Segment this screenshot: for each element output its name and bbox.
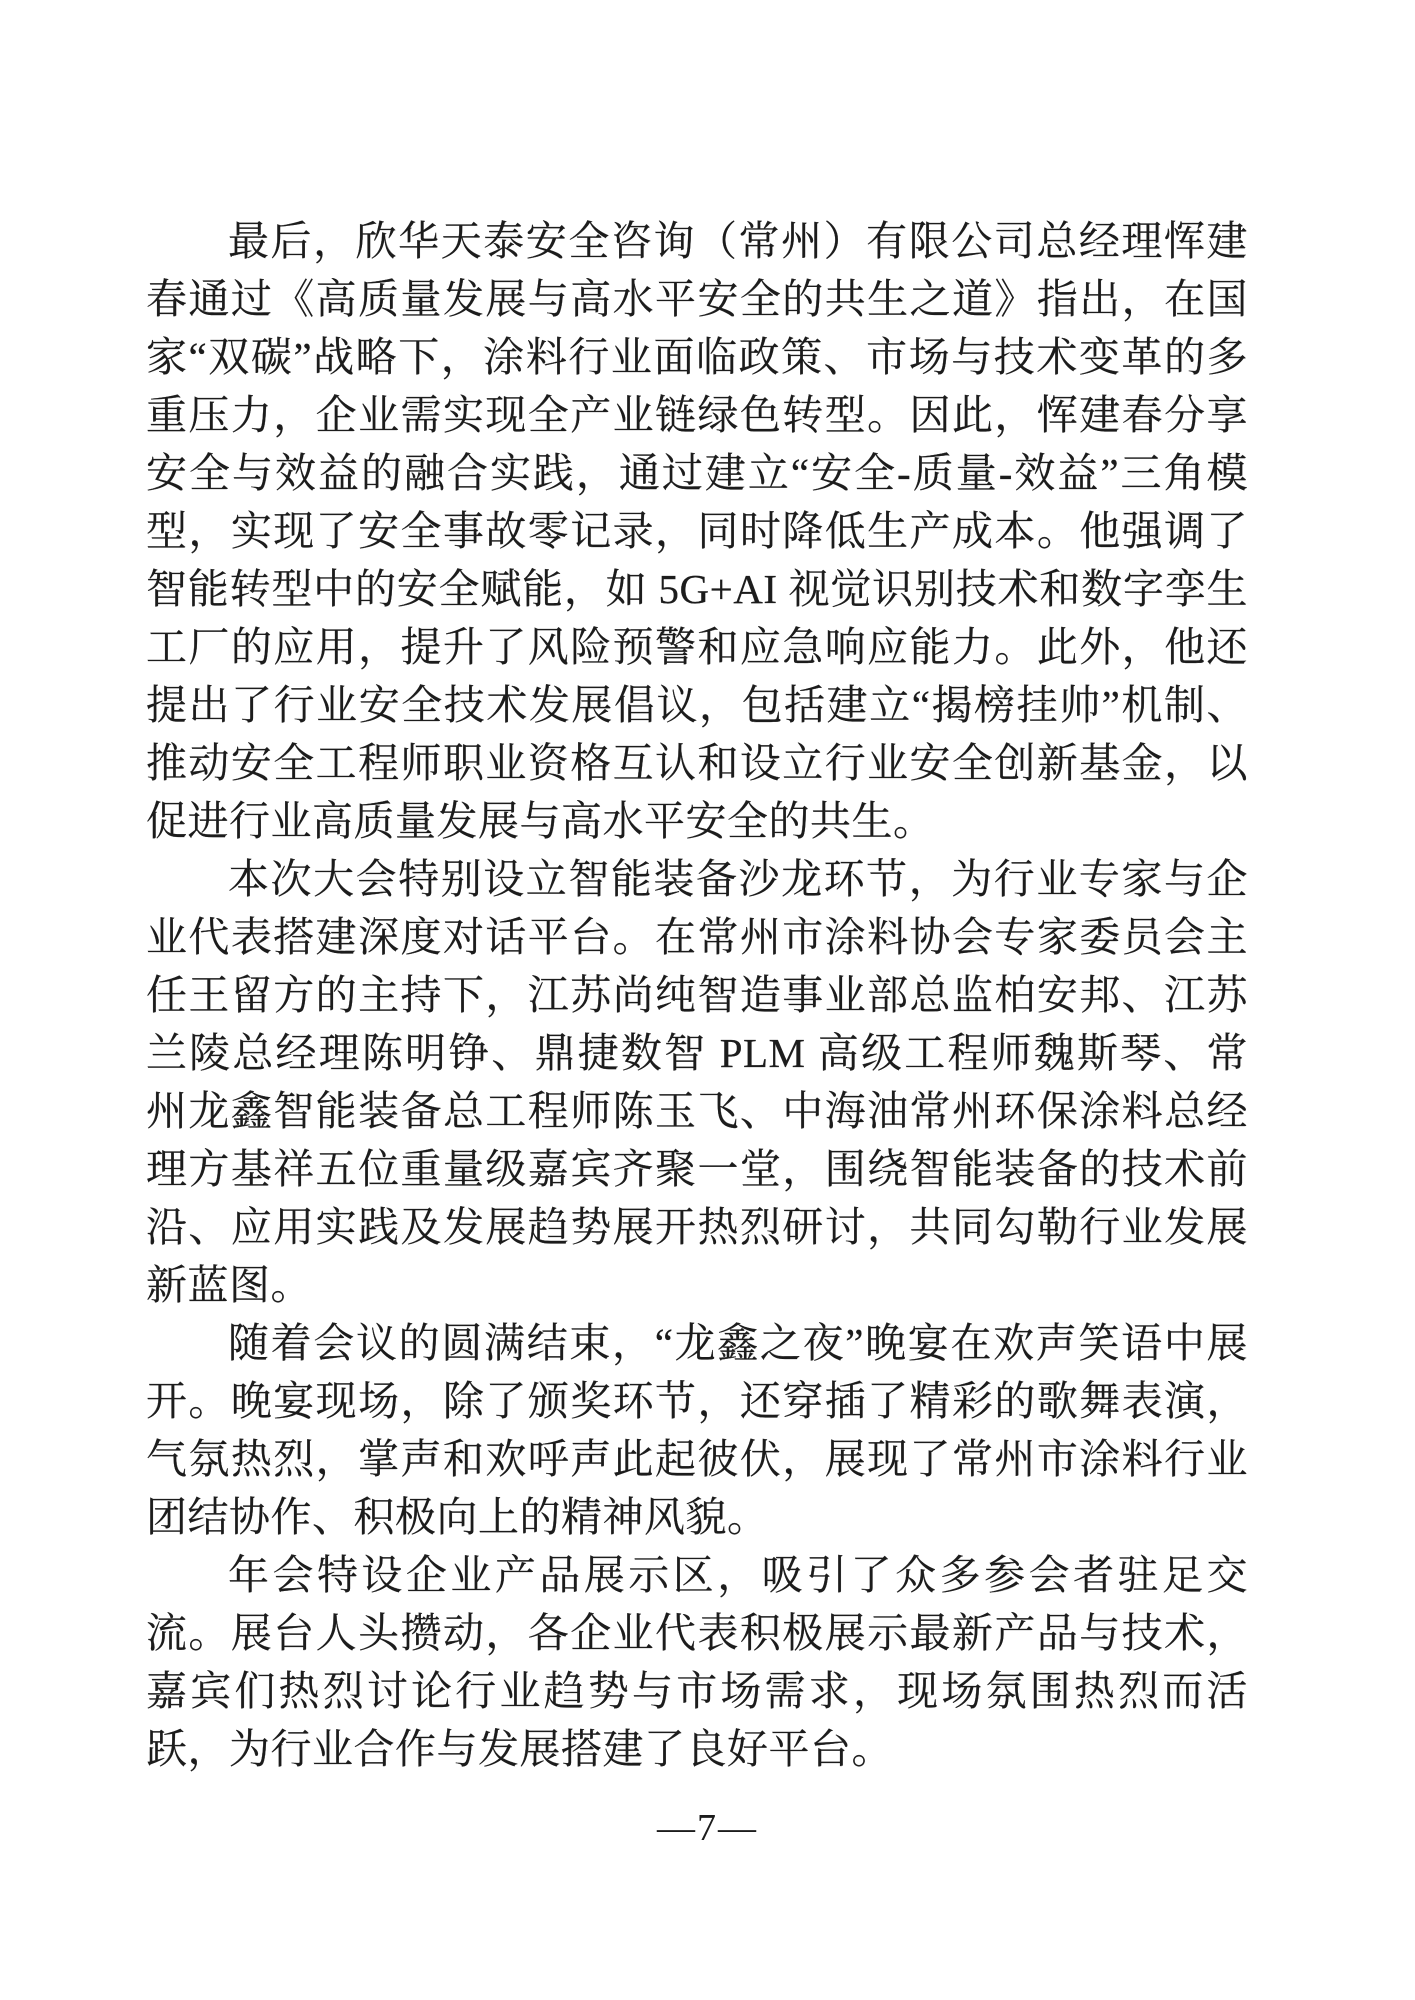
paragraph: 最后，欣华天泰安全咨询（常州）有限公司总经理恽建春通过《高质量发展与高水平安全的… bbox=[146, 212, 1248, 850]
page-number: —7— bbox=[657, 1807, 758, 1849]
document-page: 最后，欣华天泰安全咨询（常州）有限公司总经理恽建春通过《高质量发展与高水平安全的… bbox=[0, 0, 1415, 2000]
paragraph: 随着会议的圆满结束，“龙鑫之夜”晚宴在欢声笑语中展开。晚宴现场，除了颁奖环节，还… bbox=[146, 1314, 1248, 1546]
paragraph: 本次大会特别设立智能装备沙龙环节，为行业专家与企业代表搭建深度对话平台。在常州市… bbox=[146, 850, 1248, 1314]
paragraph: 年会特设企业产品展示区，吸引了众多参会者驻足交流。展台人头攒动，各企业代表积极展… bbox=[146, 1546, 1248, 1778]
page-footer: —7— bbox=[0, 1806, 1415, 1850]
document-body: 最后，欣华天泰安全咨询（常州）有限公司总经理恽建春通过《高质量发展与高水平安全的… bbox=[146, 212, 1248, 1778]
